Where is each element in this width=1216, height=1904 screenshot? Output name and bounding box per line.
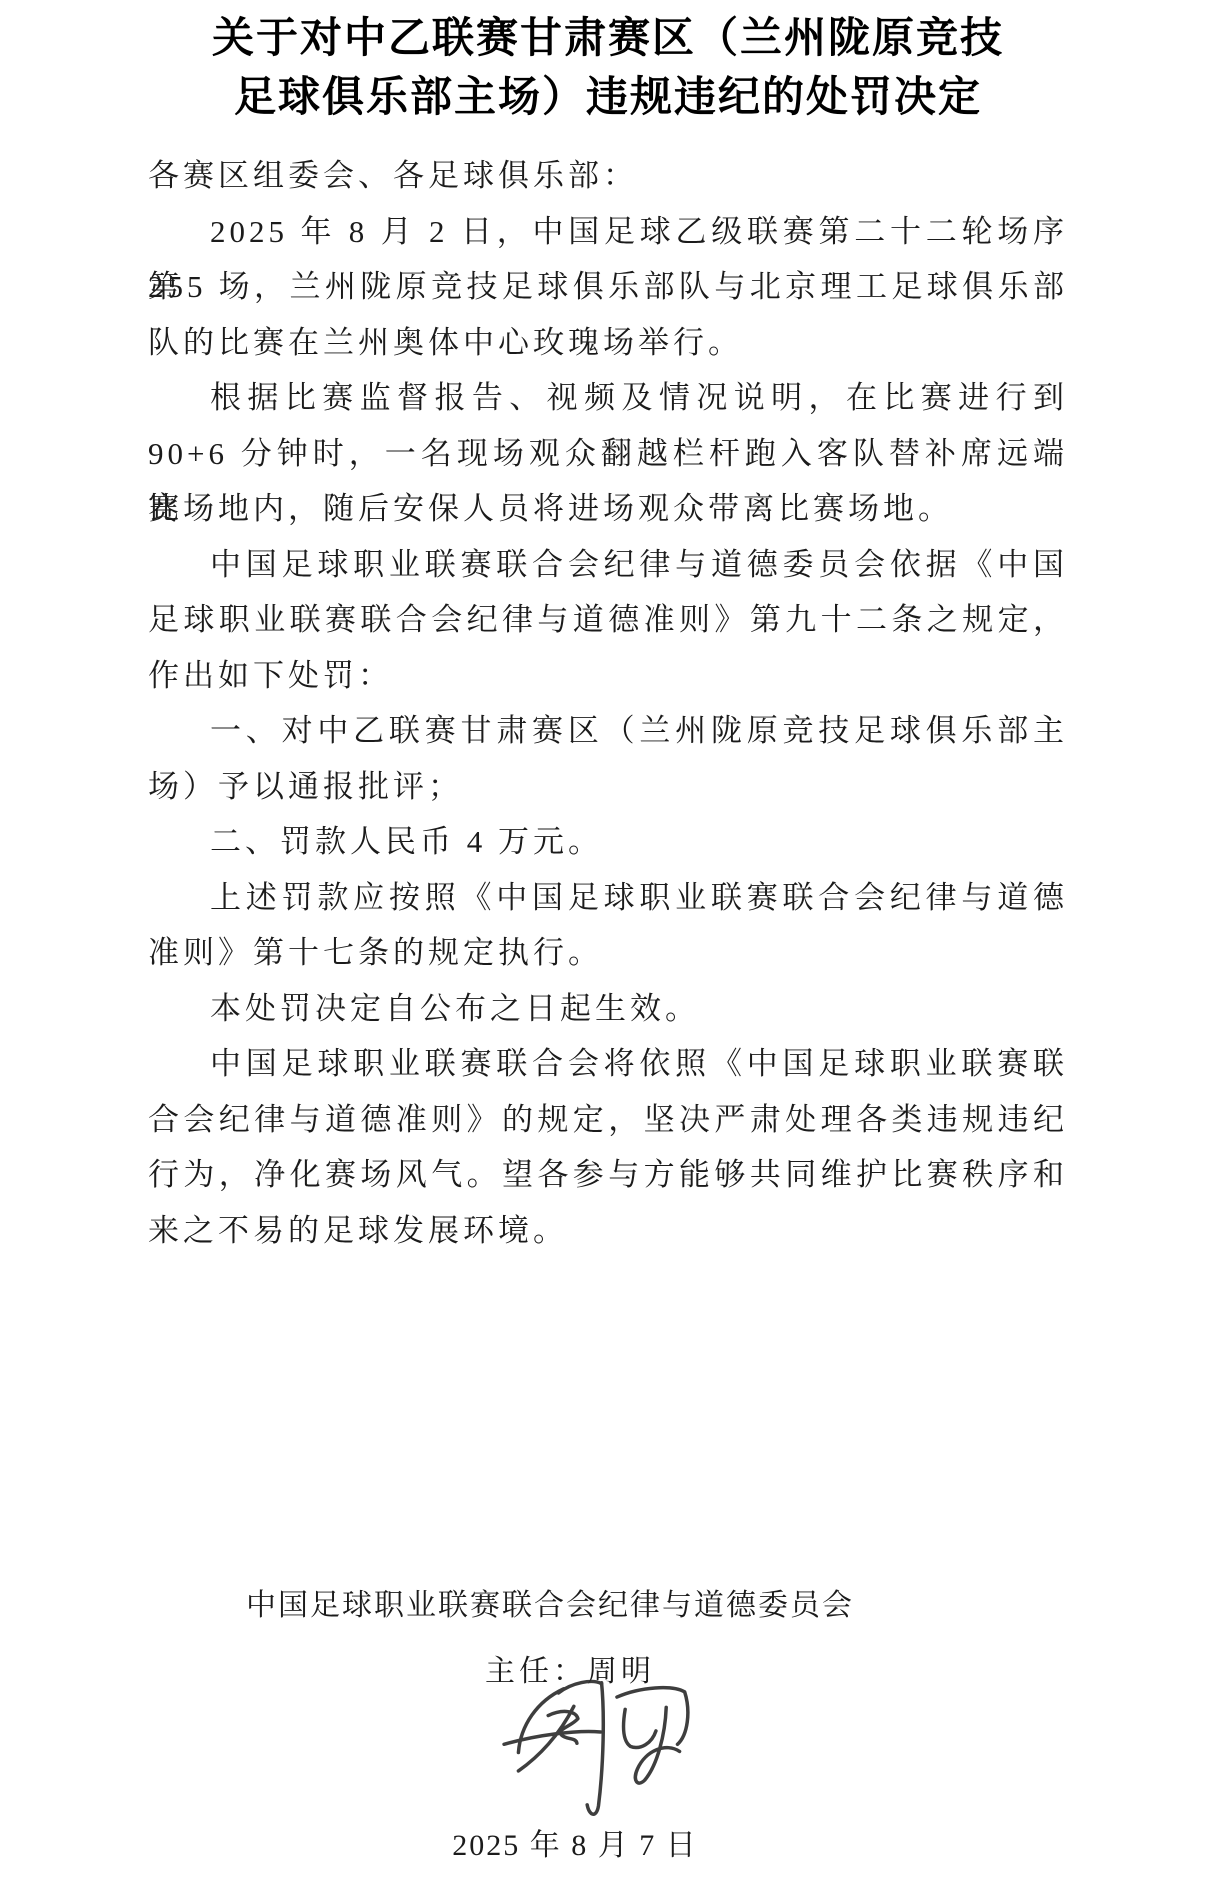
body-line: 255 场，兰州陇原竞技足球俱乐部队与北京理工足球俱乐部 (148, 259, 1068, 315)
document-body: 各赛区组委会、各足球俱乐部： 2025 年 8 月 2 日，中国足球乙级联赛第二… (0, 148, 1216, 1258)
body-line: 90+6 分钟时，一名现场观众翻越栏杆跑入客队替补席远端比 (148, 426, 1068, 482)
body-line: 来之不易的足球发展环境。 (148, 1203, 1068, 1259)
body-line: 作出如下处罚： (148, 648, 1068, 704)
body-line: 上述罚款应按照《中国足球职业联赛联合会纪律与道德 (148, 870, 1068, 926)
document-title: 关于对中乙联赛甘肃赛区（兰州陇原竞技 足球俱乐部主场）违规违纪的处罚决定 (0, 0, 1216, 128)
body-line: 根据比赛监督报告、视频及情况说明，在比赛进行到 (148, 370, 1068, 426)
body-line: 二、罚款人民币 4 万元。 (148, 814, 1068, 870)
body-line: 一、对中乙联赛甘肃赛区（兰州陇原竞技足球俱乐部主 (148, 703, 1068, 759)
body-line: 2025 年 8 月 2 日，中国足球乙级联赛第二十二轮场序第 (148, 204, 1068, 260)
body-line: 中国足球职业联赛联合会将依照《中国足球职业联赛联 (148, 1036, 1068, 1092)
signoff-date: 2025 年 8 月 7 日 (0, 1820, 1216, 1864)
body-line: 场）予以通报批评； (148, 759, 1068, 815)
body-line: 中国足球职业联赛联合会纪律与道德委员会依据《中国 (148, 537, 1068, 593)
body-line: 本处罚决定自公布之日起生效。 (148, 981, 1068, 1037)
title-line-1: 关于对中乙联赛甘肃赛区（兰州陇原竞技 (0, 10, 1216, 69)
body-line: 赛场地内，随后安保人员将进场观众带离比赛场地。 (148, 481, 1068, 537)
salutation-line: 各赛区组委会、各足球俱乐部： (148, 148, 1068, 204)
signoff-organization: 中国足球职业联赛联合会纪律与道德委员会 (0, 1580, 1216, 1624)
body-line: 合会纪律与道德准则》的规定，坚决严肃处理各类违规违纪 (148, 1092, 1068, 1148)
signature-scribble-icon (502, 1678, 697, 1828)
body-line: 准则》第十七条的规定执行。 (148, 925, 1068, 981)
body-line: 队的比赛在兰州奥体中心玫瑰场举行。 (148, 315, 1068, 371)
title-line-2: 足球俱乐部主场）违规违纪的处罚决定 (0, 69, 1216, 128)
body-line: 行为，净化赛场风气。望各参与方能够共同维护比赛秩序和 (148, 1147, 1068, 1203)
document-page: 关于对中乙联赛甘肃赛区（兰州陇原竞技 足球俱乐部主场）违规违纪的处罚决定 各赛区… (0, 0, 1216, 1904)
body-line: 足球职业联赛联合会纪律与道德准则》第九十二条之规定， (148, 592, 1068, 648)
signature-handwriting-image (502, 1678, 697, 1828)
